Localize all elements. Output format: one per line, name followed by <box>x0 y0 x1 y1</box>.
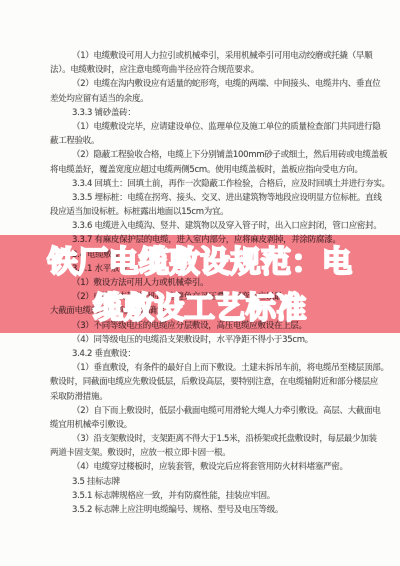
document-line: 3.3.4 回填土：回填土前，再作一次隐蔽工作检验，合格后，应及时回填土并进行夯… <box>50 177 372 191</box>
document-line: 3.3.5 埋标桩：电缆在拐弯、接头、交叉、进出建筑物等地段应设明显方位标桩。直… <box>50 191 372 205</box>
document-line: （1）垂直敷设，有条件的最好自上而下敷设。土建未拆吊车前，将电缆吊至楼层顶部。 <box>50 361 372 375</box>
document-line: 缆宜用机械牵引敷设。 <box>50 418 372 432</box>
overlay-title-line2: 缆敷设工艺标准 <box>0 286 400 332</box>
document-line: 两道卡固支架。敷设时，应放一根立即卡固一根。 <box>50 446 372 460</box>
document-line: （1）电缆敷设可用人力拉引或机械牵引，采用机械牵引可用电动绞磨或托撬（早顺 <box>50 49 372 63</box>
document-line: （3）沿支架敷设时，支架距离不得大于1.5米，沿桥架或托盘敷设时，每层最少加装 <box>50 432 372 446</box>
document-line: 3.5 挂标志牌 <box>50 475 372 489</box>
overlay-title: 铁厂电缆敷设规范：电 缆敷设工艺标准 <box>0 240 400 332</box>
document-line: 3.3.6 电缆进入电缆沟、竖井、建筑物以及穿入管子时，出入口应封闭，管口应密封… <box>50 219 372 233</box>
document-page: （1）电缆敷设可用人力拉引或机械牵引，采用机械牵引可用电动绞磨或托撬（早顺法）。… <box>0 0 400 566</box>
document-line: 法）。电缆敷设时，应注意电缆弯曲半径应符合规范要求。 <box>50 63 372 77</box>
document-line: 蔽工程验收。 <box>50 134 372 148</box>
document-line: （2）电缆在沟内敷设应有适量的蛇形弯，电缆的两端、中间接头、电缆井内、垂直位 <box>50 77 372 91</box>
document-line: （4）电缆穿过楼板时，应装套管，敷设完后应将套管用防火材料堵塞严密。 <box>50 460 372 474</box>
document-line: （2）自下而上敷设时，低层小截面电缆可用滑轮大绳人力牵引敷设。高层、大截面电 <box>50 404 372 418</box>
document-line: （1）电缆敷设完毕，应请建设单位、监理单位及施工单位的质量检查部门共同进行隐 <box>50 120 372 134</box>
document-line: （4）同等级电压的电缆沿支架敷设时，水平净距不得小于35cm。 <box>50 333 372 347</box>
document-line: 3.4.2 垂直敷设： <box>50 347 372 361</box>
document-line: 3.3.3 铺砂盖砖： <box>50 106 372 120</box>
document-line: 将电缆盖好，覆盖宽度应超过电缆两侧5cm。使用电缆盖板时，盖板应指向受电方向。 <box>50 163 372 177</box>
document-line: 段应适当加设标桩。标桩露出地面以15cm为宜。 <box>50 205 372 219</box>
document-line: （2）隐蔽工程验收合格，电缆上下分别铺盖100mm砂子或细土，然后用砖或电缆盖板 <box>50 148 372 162</box>
document-line: 3.5.2 标志牌上应注明电缆编号、规格、型号及电压等级。 <box>50 503 372 517</box>
overlay-title-line1: 铁厂电缆敷设规范：电 <box>0 240 400 286</box>
document-line: 差处均应留有适当的余度。 <box>50 92 372 106</box>
document-line: 敷设时，同截面电缆应先敷设低层，后敷设高层，要特别注意，在电缆轴附近和部分楼层应 <box>50 375 372 389</box>
document-line: 3.5.1 标志牌规格应一致，并有防腐性能，挂装应牢固。 <box>50 489 372 503</box>
document-line: 采取防滑措施。 <box>50 390 372 404</box>
